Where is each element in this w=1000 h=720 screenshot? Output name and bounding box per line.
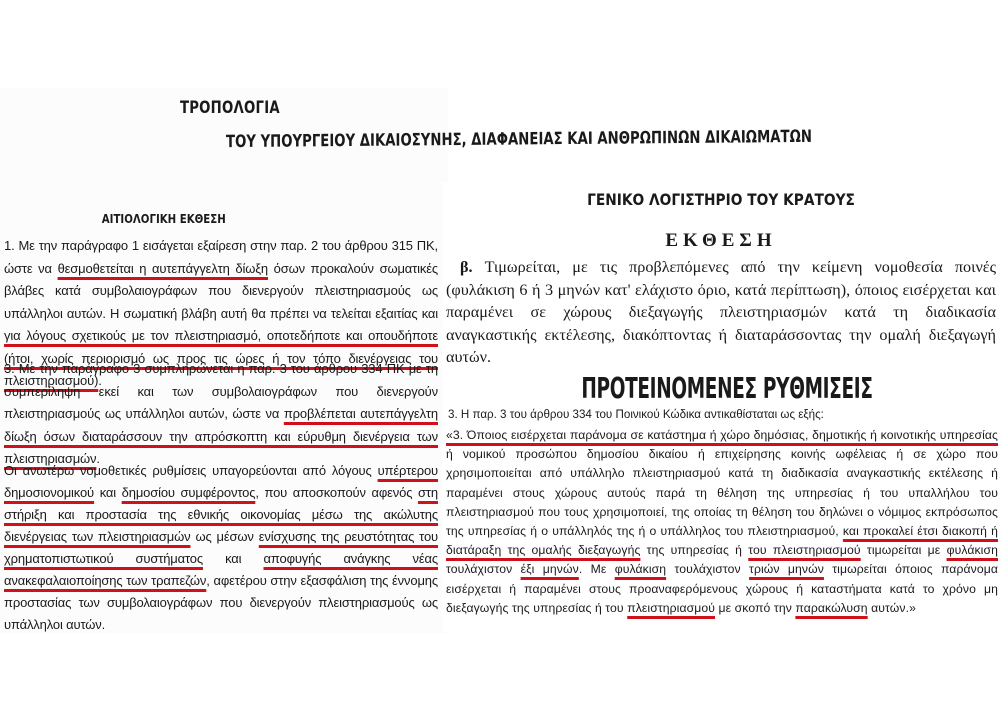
text-segment: . Με (579, 562, 615, 576)
proposed-article-text: «3. Όποιος εισέρχεται παράνομα σε κατάστ… (446, 426, 998, 618)
document-subtitle: ΤΟΥ ΥΠΟΥΡΓΕΙΟΥ ΔΙΚΑΙΟΣΥΝΗΣ, ΔΙΑΦΑΝΕΙΑΣ Κ… (226, 128, 694, 152)
paragraph-rationale: Οι ανωτέρω νομοθετικές ρυθμίσεις υπαγορε… (4, 460, 438, 636)
highlighted-phrase: τριών μηνών (749, 562, 824, 576)
proposed-intro: 3. Η παρ. 3 του άρθρου 334 του Ποινικού … (448, 408, 998, 421)
section-heading-report: ΕΚΘΕΣΗ (442, 230, 1000, 252)
text-segment: τουλάχιστον (666, 562, 749, 576)
proposed-regulations-heading: ΠΡΟΤΕΙΝΟΜΕΝΕΣ ΡΥΘΜΙΣΕΙΣ (579, 372, 876, 405)
general-accounting-office-report-scan: ΓΕΝΙΚΟ ΛΟΓΙΣΤΗΡΙΟ ΤΟΥ ΚΡΑΤΟΥΣ ΕΚΘΕΣΗ β.Τ… (442, 182, 1000, 632)
text-segment: ως μέσων (190, 529, 258, 544)
text-segment: , που αποσκοπούν αφενός (255, 485, 418, 500)
text-segment: με σκοπό την (715, 601, 795, 615)
section-heading-explanatory-report: ΑΙΤΙΟΛΟΓΙΚΗ ΕΚΘΕΣΗ (29, 212, 299, 226)
highlighted-phrase: θεσμοθετείται η αυτεπάγγελτη δίωξη (58, 261, 268, 276)
item-text: Τιμωρείται, με τις προβλεπόμενες από την… (446, 258, 996, 366)
text-segment: αυτών.» (868, 601, 916, 615)
text-segment: τιμωρείται με (861, 543, 947, 557)
highlighted-phrase: φυλάκιση (615, 562, 666, 576)
text-segment: Οι ανωτέρω νομοθετικές ρυθμίσεις υπαγορε… (4, 463, 378, 478)
highlighted-phrase: παρακώλυση (795, 601, 867, 615)
text-segment: της υπηρεσίας ή (640, 543, 748, 557)
item-label: β. (460, 258, 473, 276)
highlighted-phrase: του πλειστηριασμού (748, 543, 860, 557)
amendment-document-scan: ΤΡΟΠΟΛΟΓΙΑ ΤΟΥ ΥΠΟΥΡΓΕΙΟΥ ΔΙΚΑΙΟΣΥΝΗΣ, Δ… (0, 88, 448, 633)
document-title: ΤΡΟΠΟΛΟΓΙΑ (55, 98, 404, 118)
highlighted-phrase: φυλάκιση (947, 543, 998, 557)
text-segment: και (203, 551, 264, 566)
text-segment: τουλάχιστον (446, 562, 521, 576)
document-title: ΓΕΝΙΚΟ ΛΟΓΙΣΤΗΡΙΟ ΤΟΥ ΚΡΑΤΟΥΣ (481, 190, 961, 209)
highlighted-phrase: δημοσίου συμφέροντος (122, 485, 256, 500)
highlighted-phrase: έξι μηνών (521, 562, 579, 576)
highlighted-phrase: πλειστηριασμού (627, 601, 715, 615)
text-segment: και (94, 485, 122, 500)
highlighted-phrase: «3. Όποιος εισέρχεται παράνομα σε κατάστ… (446, 428, 998, 442)
item-b-paragraph: β.Τιμωρείται, με τις προβλεπόμενες από τ… (446, 256, 996, 369)
paragraph-3: 3. Με την παράγραφο 3 συμπληρώνεται η πα… (4, 358, 438, 471)
